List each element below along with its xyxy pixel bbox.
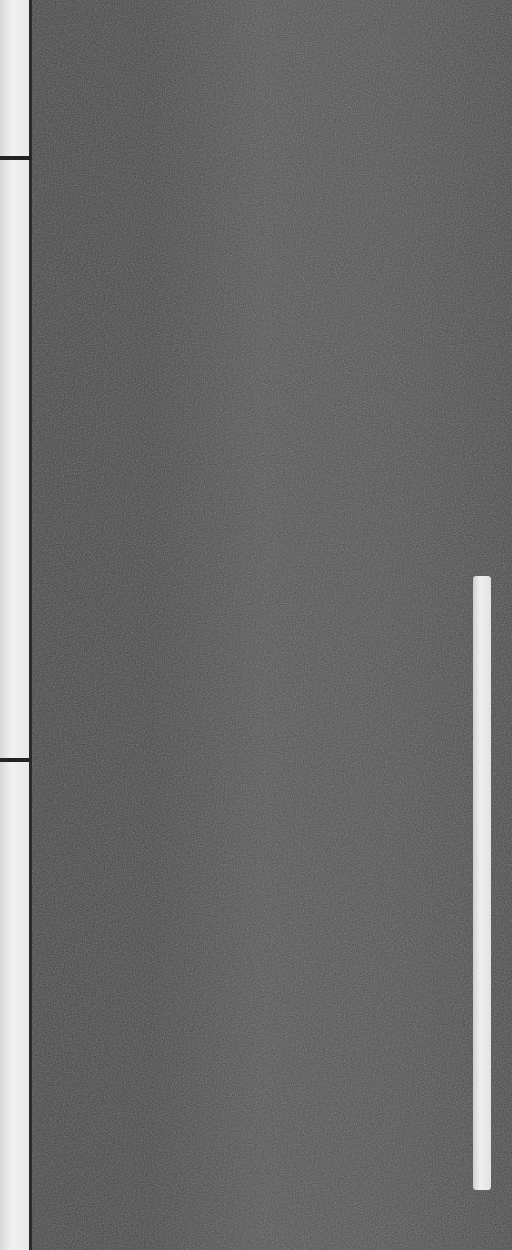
lane-marking	[473, 576, 491, 1190]
asphalt-texture	[0, 0, 512, 1250]
curb-edge	[29, 0, 32, 1250]
curb	[0, 0, 31, 1250]
curb-joint	[0, 758, 31, 762]
curb-joint	[0, 156, 31, 160]
